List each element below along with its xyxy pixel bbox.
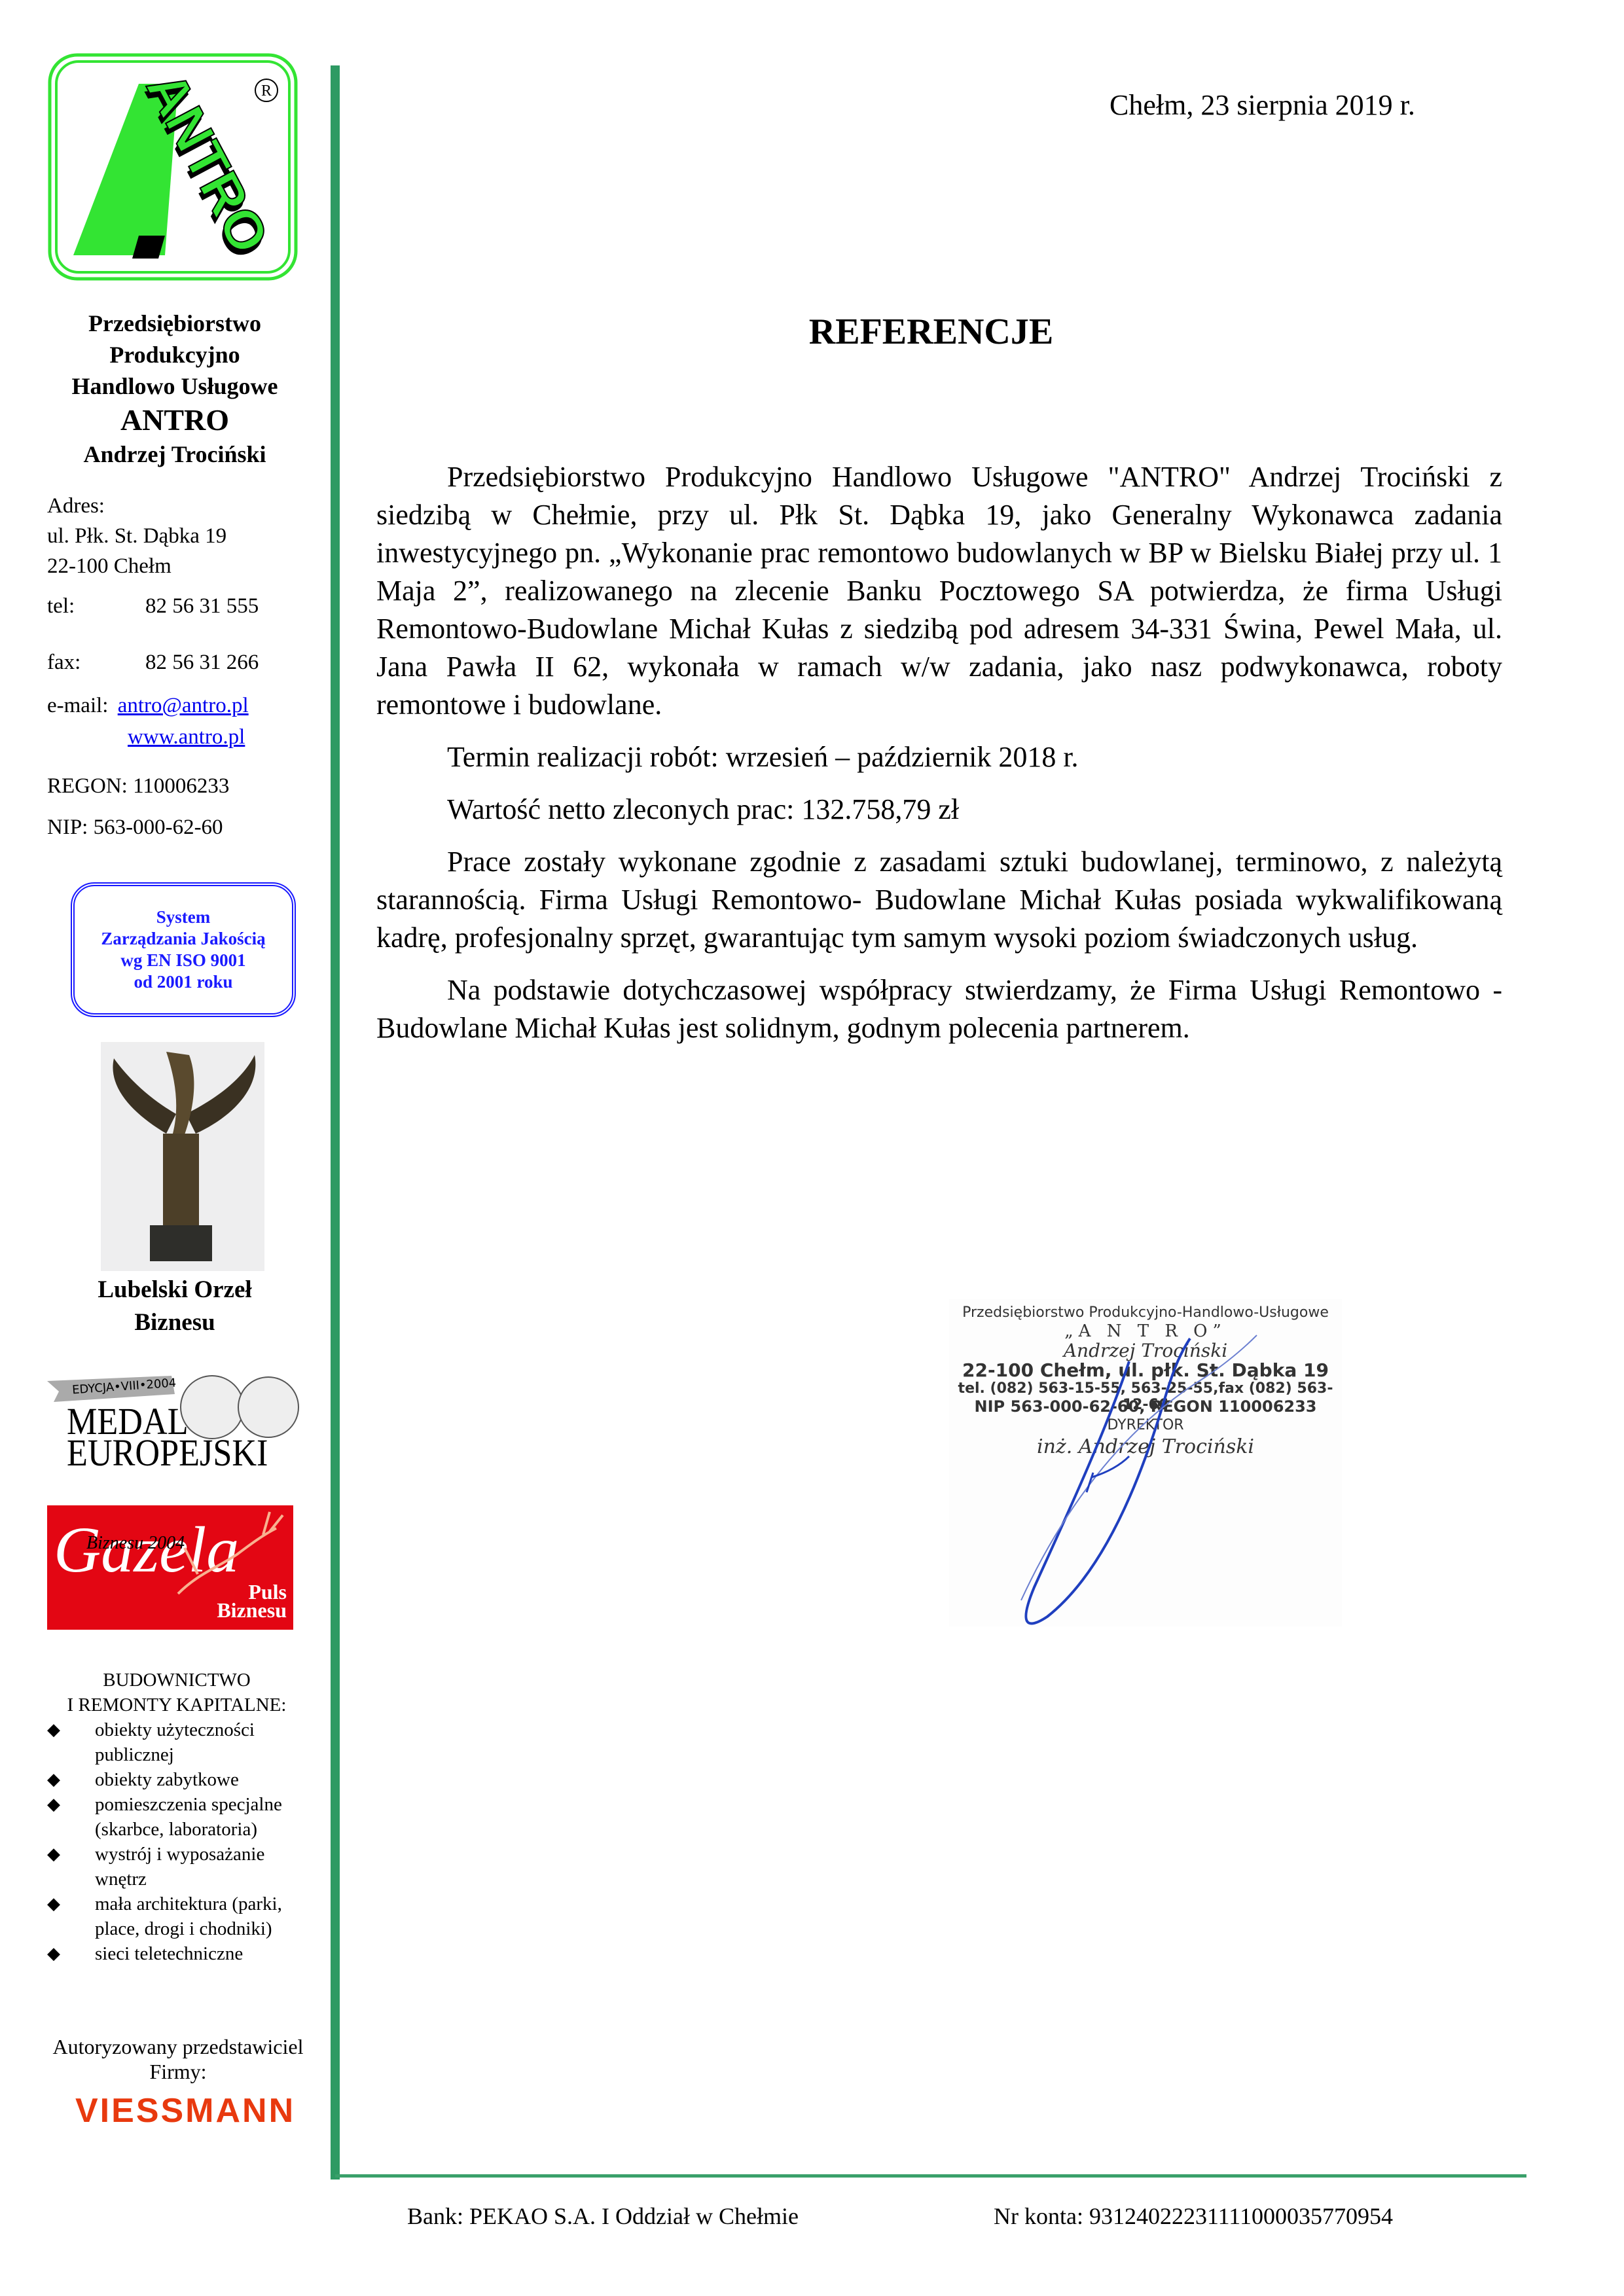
service-item-label: pomieszczenia specjalne (skarbce, labora… (95, 1794, 282, 1840)
service-item-label: obiekty zabytkowe (95, 1769, 239, 1790)
iso-badge: System Zarządzania Jakością wg EN ISO 90… (71, 882, 296, 1017)
gazela-subtitle: Biznesu 2004 (86, 1533, 185, 1554)
company-brand: ANTRO (47, 402, 302, 439)
address-city: 22-100 Chełm (47, 551, 309, 581)
letter-date: Chełm, 23 sierpnia 2019 r. (1110, 88, 1415, 122)
authorized-dealer-block: Autoryzowany przedstawiciel Firmy: (47, 2034, 309, 2084)
svg-text:R: R (261, 82, 272, 99)
fax-row: fax: 82 56 31 266 (47, 651, 81, 675)
service-item-label: mała architektura (parki, place, drogi i… (95, 1893, 282, 1939)
service-item: ◆mała architektura (parki, place, drogi … (39, 1892, 314, 1941)
service-item: ◆obiekty użyteczności publicznej (39, 1717, 314, 1767)
service-item: ◆pomieszczenia specjalne (skarbce, labor… (39, 1792, 314, 1842)
antro-logo-icon: ANTRO ANTRO R (47, 52, 298, 281)
paragraph-term: Termin realizacji robót: wrzesień – paźd… (376, 738, 1502, 776)
address-block: Adres: ul. Płk. St. Dąbka 19 22-100 Cheł… (47, 491, 309, 581)
email-link[interactable]: antro@antro.pl (118, 694, 249, 717)
regon: REGON: 110006233 (47, 774, 229, 798)
eagle-award-caption: Lubelski Orzeł Biznesu (47, 1274, 302, 1339)
diamond-bullet-icon: ◆ (47, 1892, 60, 1916)
company-owner: Andrzej Trociński (47, 439, 302, 470)
gazela-publisher: Puls Biznesu (217, 1583, 287, 1619)
iso-line2: Zarządzania Jakością (101, 928, 265, 950)
website-link[interactable]: www.antro.pl (128, 725, 245, 749)
medal-europejski-logo: EDYCJA•VIII•2004 MEDAL EUROPEJSKI (47, 1368, 302, 1473)
eagle-caption-line2: Biznesu (47, 1306, 302, 1339)
fax-value: 82 56 31 266 (145, 651, 259, 675)
tel-value: 82 56 31 555 (145, 594, 259, 619)
eagle-statue-image (101, 1042, 264, 1271)
paragraph-quality: Prace zostały wykonane zgodnie z zasadam… (376, 843, 1502, 957)
horizontal-rule (335, 2174, 1526, 2178)
service-item: ◆obiekty zabytkowe (39, 1767, 314, 1792)
gazela-publisher-line2: Biznesu (217, 1601, 287, 1619)
diamond-bullet-icon: ◆ (47, 1842, 60, 1867)
diamond-bullet-icon: ◆ (47, 1717, 60, 1742)
antro-logo: ANTRO ANTRO R (47, 52, 298, 281)
letter-body: Przedsiębiorstwo Produkcyjno Handlowo Us… (376, 458, 1502, 1062)
signature-icon (949, 1299, 1355, 1640)
service-item-label: sieci teletechniczne (95, 1943, 243, 1964)
service-item-label: obiekty użyteczności publicznej (95, 1719, 255, 1765)
services-list: ◆obiekty użyteczności publicznej◆obiekty… (39, 1717, 314, 1966)
service-item: ◆sieci teletechniczne (39, 1941, 314, 1966)
authorized-line1: Autoryzowany przedstawiciel (47, 2034, 309, 2059)
address-street: ul. Płk. St. Dąbka 19 (47, 521, 309, 551)
email-row: e-mail: antro@antro.pl (47, 694, 249, 718)
viessmann-logo: VIESSMANN (75, 2088, 285, 2134)
company-line1: Przedsiębiorstwo (47, 308, 302, 339)
website-row: www.antro.pl (128, 725, 245, 749)
eagle-caption-line1: Lubelski Orzeł (47, 1274, 302, 1306)
authorized-line2: Firmy: (47, 2059, 309, 2084)
footer-account: Nr konta: 93124022231111000035770954 (994, 2202, 1393, 2230)
address-label: Adres: (47, 491, 309, 521)
paragraph-value: Wartość netto zleconych prac: 132.758,79… (376, 791, 1502, 829)
tel-label: tel: (47, 594, 75, 618)
service-item: ◆wystrój i wyposażanie wnętrz (39, 1842, 314, 1892)
diamond-bullet-icon: ◆ (47, 1792, 60, 1817)
paragraph-intro: Przedsiębiorstwo Produkcyjno Handlowo Us… (376, 458, 1502, 724)
company-line3: Handlowo Usługowe (47, 370, 302, 402)
iso-line4: od 2001 roku (134, 971, 232, 993)
iso-line1: System (156, 906, 211, 928)
diamond-bullet-icon: ◆ (47, 1767, 60, 1792)
fax-label: fax: (47, 651, 81, 674)
letter-title: REFERENCJE (376, 311, 1486, 353)
footer-bank: Bank: PEKAO S.A. I Oddział w Chełmie (407, 2202, 799, 2230)
services-heading-line2: I REMONTY KAPITALNE: (39, 1693, 314, 1717)
tel-row: tel: 82 56 31 555 (47, 594, 75, 619)
diamond-bullet-icon: ◆ (47, 1941, 60, 1966)
services-block: BUDOWNICTWO I REMONTY KAPITALNE: ◆obiekt… (39, 1668, 314, 1966)
gazela-biznesu-logo: Gazela Biznesu 2004 Puls Biznesu (47, 1505, 293, 1630)
paragraph-recommendation: Na podstawie dotychczasowej współpracy s… (376, 971, 1502, 1047)
eagle-statue-icon (101, 1042, 264, 1271)
vertical-rule (331, 65, 340, 2179)
medal-line2: EUROPEJSKI (67, 1437, 268, 1469)
email-label: e-mail: (47, 694, 108, 717)
company-name-block: Przedsiębiorstwo Produkcyjno Handlowo Us… (47, 308, 302, 470)
services-heading-line1: BUDOWNICTWO (39, 1668, 314, 1693)
iso-line3: wg EN ISO 9001 (120, 950, 245, 971)
viessmann-wordmark: VIESSMANN (75, 2088, 285, 2134)
nip: NIP: 563-000-62-60 (47, 816, 223, 840)
company-line2: Produkcyjno (47, 339, 302, 370)
service-item-label: wystrój i wyposażanie wnętrz (95, 1844, 264, 1890)
